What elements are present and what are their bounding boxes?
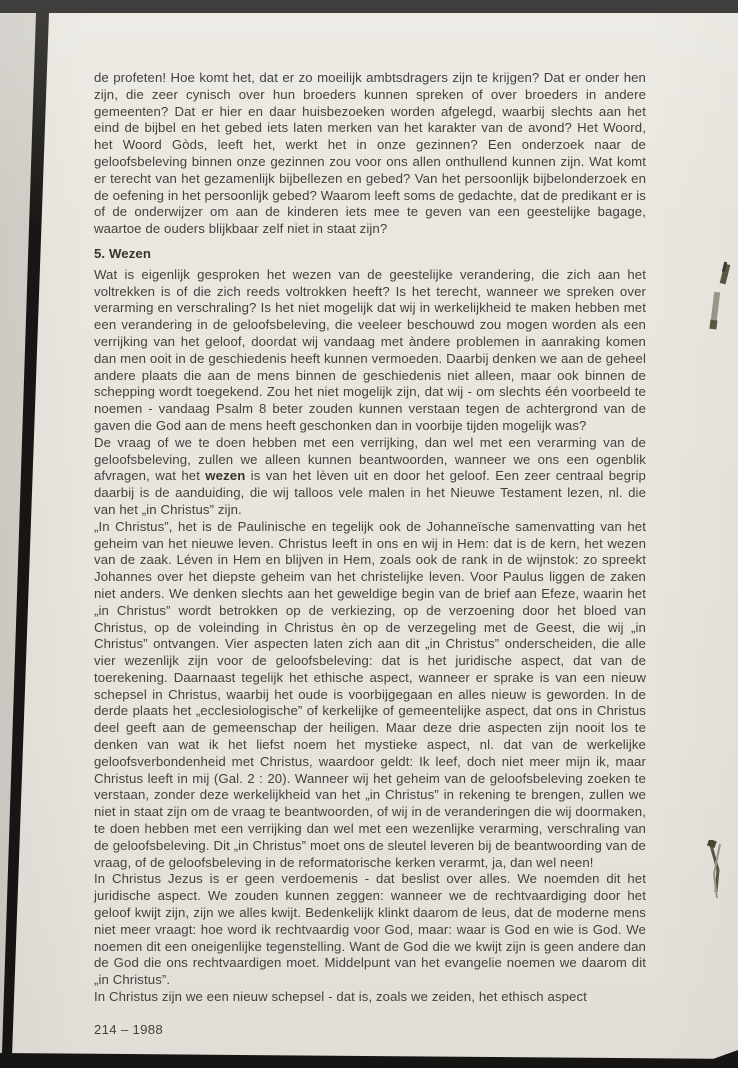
scan-border-top	[0, 0, 738, 13]
text-column: de profeten! Hoe komt het, dat er zo moe…	[94, 70, 646, 1039]
paragraph-text: „In Christus”, het is de Paulinische en …	[94, 519, 646, 870]
paragraph: In Christus Jezus is er geen verdoemenis…	[94, 871, 646, 989]
paragraph: de profeten! Hoe komt het, dat er zo moe…	[94, 70, 646, 238]
paragraph-text: de profeten! Hoe komt het, dat er zo moe…	[94, 70, 646, 236]
section-heading-text: 5. Wezen	[94, 246, 151, 261]
paragraph: De vraag of we te doen hebben met een ve…	[94, 435, 646, 519]
section-heading: 5. Wezen	[94, 246, 646, 263]
paragraph: In Christus zijn we een nieuw schepsel -…	[94, 989, 646, 1006]
paragraph: „In Christus”, het is de Paulinische en …	[94, 519, 646, 872]
paragraph-text: In Christus zijn we een nieuw schepsel -…	[94, 989, 587, 1004]
paragraph-text: wezen	[205, 468, 245, 483]
page-footer: 214 – 1988	[94, 1022, 646, 1039]
paragraph-text: Wat is eigenlijk gesproken het wezen van…	[94, 267, 646, 433]
text-blocks: de profeten! Hoe komt het, dat er zo moe…	[94, 70, 646, 1006]
paragraph: Wat is eigenlijk gesproken het wezen van…	[94, 267, 646, 435]
paragraph-text: In Christus Jezus is er geen verdoemenis…	[94, 871, 646, 987]
